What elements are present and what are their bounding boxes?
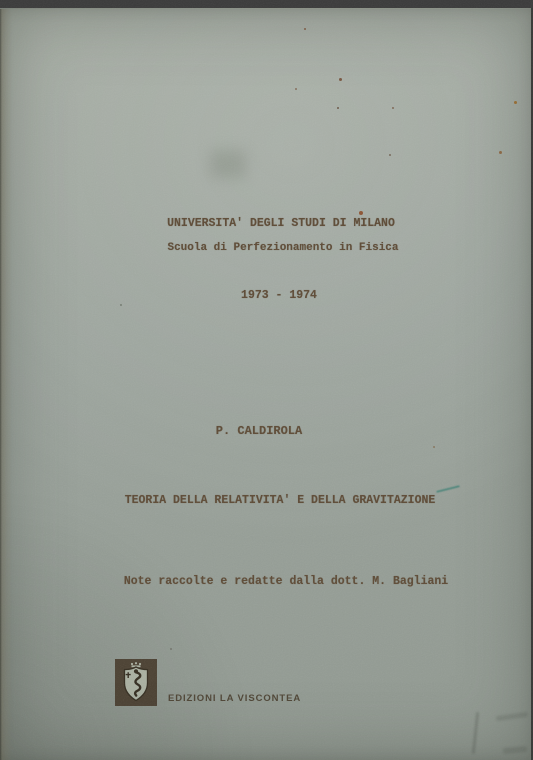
- book-cover: [0, 8, 531, 760]
- scan-background: { "cover": { "university": "UNIVERSITA' …: [0, 0, 533, 760]
- serpent-crest-icon: [115, 659, 157, 706]
- author-name: P. CALDIROLA: [216, 424, 302, 438]
- book-title: TEORIA DELLA RELATIVITA' E DELLA GRAVITA…: [125, 494, 436, 507]
- academic-years: 1973 - 1974: [241, 289, 317, 302]
- university-name: UNIVERSITA' DEGLI STUDI DI MILANO: [167, 217, 395, 230]
- school-name: Scuola di Perfezionamento in Fisica: [167, 242, 398, 254]
- publisher-name: EDIZIONI LA VISCONTEA: [168, 693, 301, 704]
- editor-note: Note raccolte e redatte dalla dott. M. B…: [124, 575, 448, 588]
- cover-spine-edge: [0, 9, 12, 760]
- publisher-block: EDIZIONI LA VISCONTEA: [115, 659, 301, 706]
